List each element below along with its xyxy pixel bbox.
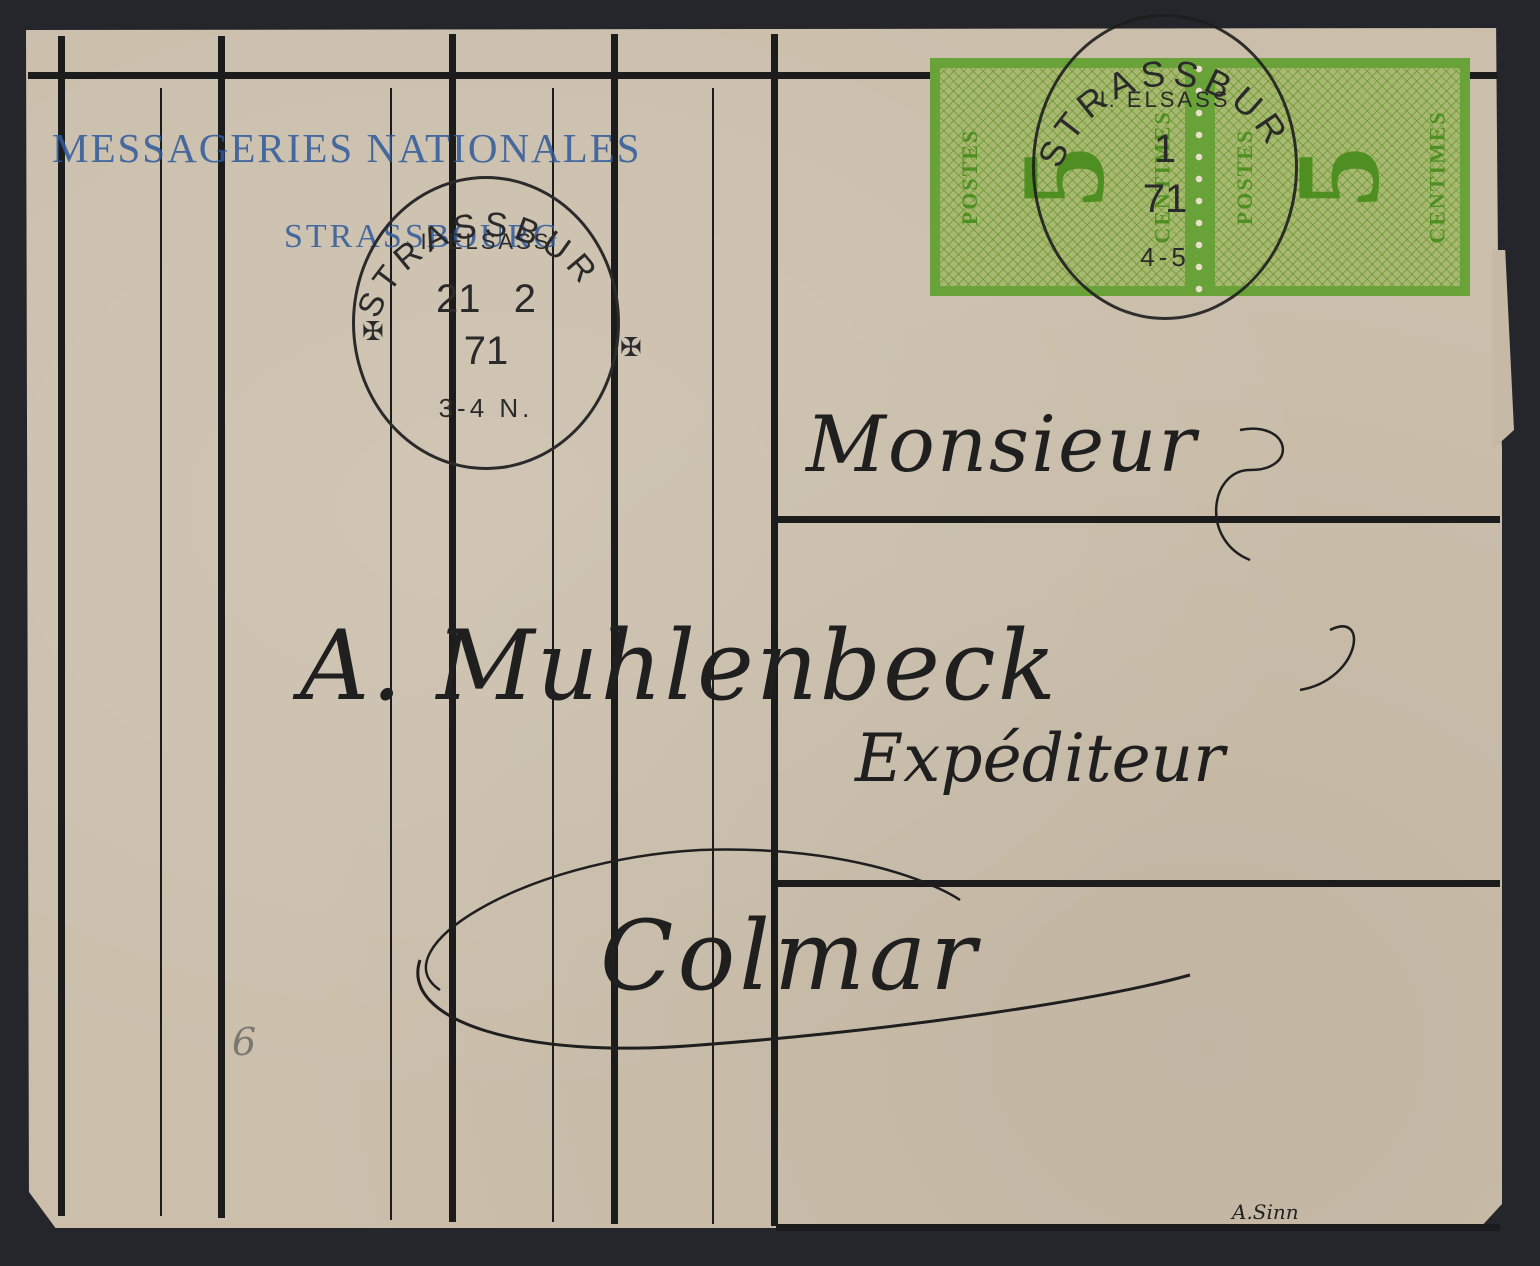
stamp-right-text: CENTIMES [1424, 110, 1450, 243]
postmark-day: 21 2 [355, 277, 617, 322]
ruled-column-line [160, 88, 162, 1216]
envelope-flap [1492, 250, 1514, 450]
postmark-time: 4-5 [1035, 242, 1295, 273]
pencil-note: 6 [232, 1020, 256, 1064]
ruled-row-line [776, 516, 1500, 523]
postmark-region: I. ELSASS [355, 229, 617, 255]
expert-initials: A.Sinn [1232, 1200, 1299, 1224]
postmark-time: 3-4 N. [355, 393, 617, 424]
postmark-year: 71 [1035, 177, 1295, 222]
postmark-left: I. ELSASS 21 2 71 3-4 N. [352, 176, 620, 470]
postmark-right: I. ELSASS 1 71 4-5 [1032, 14, 1298, 320]
address-salutation: Monsieur [806, 400, 1198, 490]
address-city: Colmar [600, 900, 980, 1012]
address-name: A. Muhlenbeck [300, 610, 1058, 722]
ruled-column-line [58, 36, 65, 1216]
ruled-row-line [776, 1224, 1500, 1231]
ruled-row-line [776, 880, 1500, 887]
postmark-day: 1 [1035, 127, 1295, 172]
ruled-column-line [218, 36, 225, 1218]
postmark-year: 71 [355, 329, 617, 374]
stamp-left-text: POSTES [957, 129, 983, 225]
address-profession: Expéditeur [855, 720, 1225, 797]
postmark-region: I. ELSASS [1035, 87, 1295, 113]
sender-cachet-line1: MESSAGERIES NATIONALES [52, 124, 642, 172]
